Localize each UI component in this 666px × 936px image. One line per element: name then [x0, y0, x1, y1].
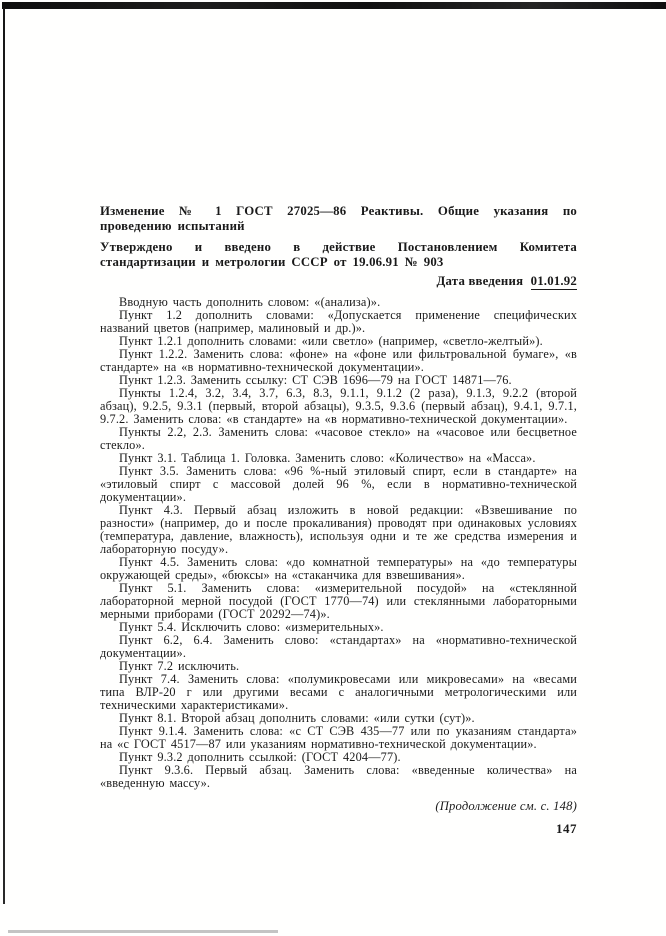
- page-number: 147: [100, 821, 577, 837]
- doc-paragraph: Пункт 9.3.6. Первый абзац. Заменить слов…: [100, 764, 577, 790]
- doc-paragraph: Пункт 4.3. Первый абзац изложить в новой…: [100, 504, 577, 556]
- doc-paragraph: Пункт 3.5. Заменить слова: «96 %-ный эти…: [100, 465, 577, 504]
- amendment-paragraphs: Вводную часть дополнить словом: «(анализ…: [100, 296, 577, 790]
- doc-paragraph: Пункт 5.1. Заменить слова: «измерительно…: [100, 582, 577, 621]
- continuation-note: (Продолжение см. с. 148): [100, 799, 577, 814]
- doc-paragraph: Пункт 1.2 дополнить словами: «Допускаетс…: [100, 309, 577, 335]
- effective-date-value: 01.01.92: [531, 274, 577, 290]
- doc-paragraph: Пункты 2.2, 2.3. Заменить слова: «часово…: [100, 426, 577, 452]
- doc-paragraph: Пункты 1.2.4, 3.2, 3.4, 3.7, 6.3, 8.3, 9…: [100, 387, 577, 426]
- document-content: Изменение № 1 ГОСТ 27025—86 Реактивы. Об…: [100, 204, 577, 837]
- doc-paragraph: Пункт 4.5. Заменить слова: «до комнатной…: [100, 556, 577, 582]
- doc-paragraph: Пункт 7.4. Заменить слова: «полумикровес…: [100, 673, 577, 712]
- approval-statement: Утверждено и введено в действие Постанов…: [100, 240, 577, 269]
- scan-edge-bottom: [8, 930, 278, 933]
- doc-paragraph: Пункт 1.2.2. Заменить слова: «фоне» на «…: [100, 348, 577, 374]
- effective-date-label: Дата введения: [437, 274, 524, 288]
- scan-edge-top: [2, 2, 666, 9]
- doc-paragraph: Пункт 6.2, 6.4. Заменить слово: «стандар…: [100, 634, 577, 660]
- effective-date-line: Дата введения 01.01.92: [100, 274, 577, 289]
- scan-edge-left: [3, 8, 5, 904]
- doc-paragraph: Пункт 9.1.4. Заменить слова: «с СТ СЭВ 4…: [100, 725, 577, 751]
- scanned-document-page: Изменение № 1 ГОСТ 27025—86 Реактивы. Об…: [0, 0, 666, 936]
- document-title: Изменение № 1 ГОСТ 27025—86 Реактивы. Об…: [100, 204, 577, 233]
